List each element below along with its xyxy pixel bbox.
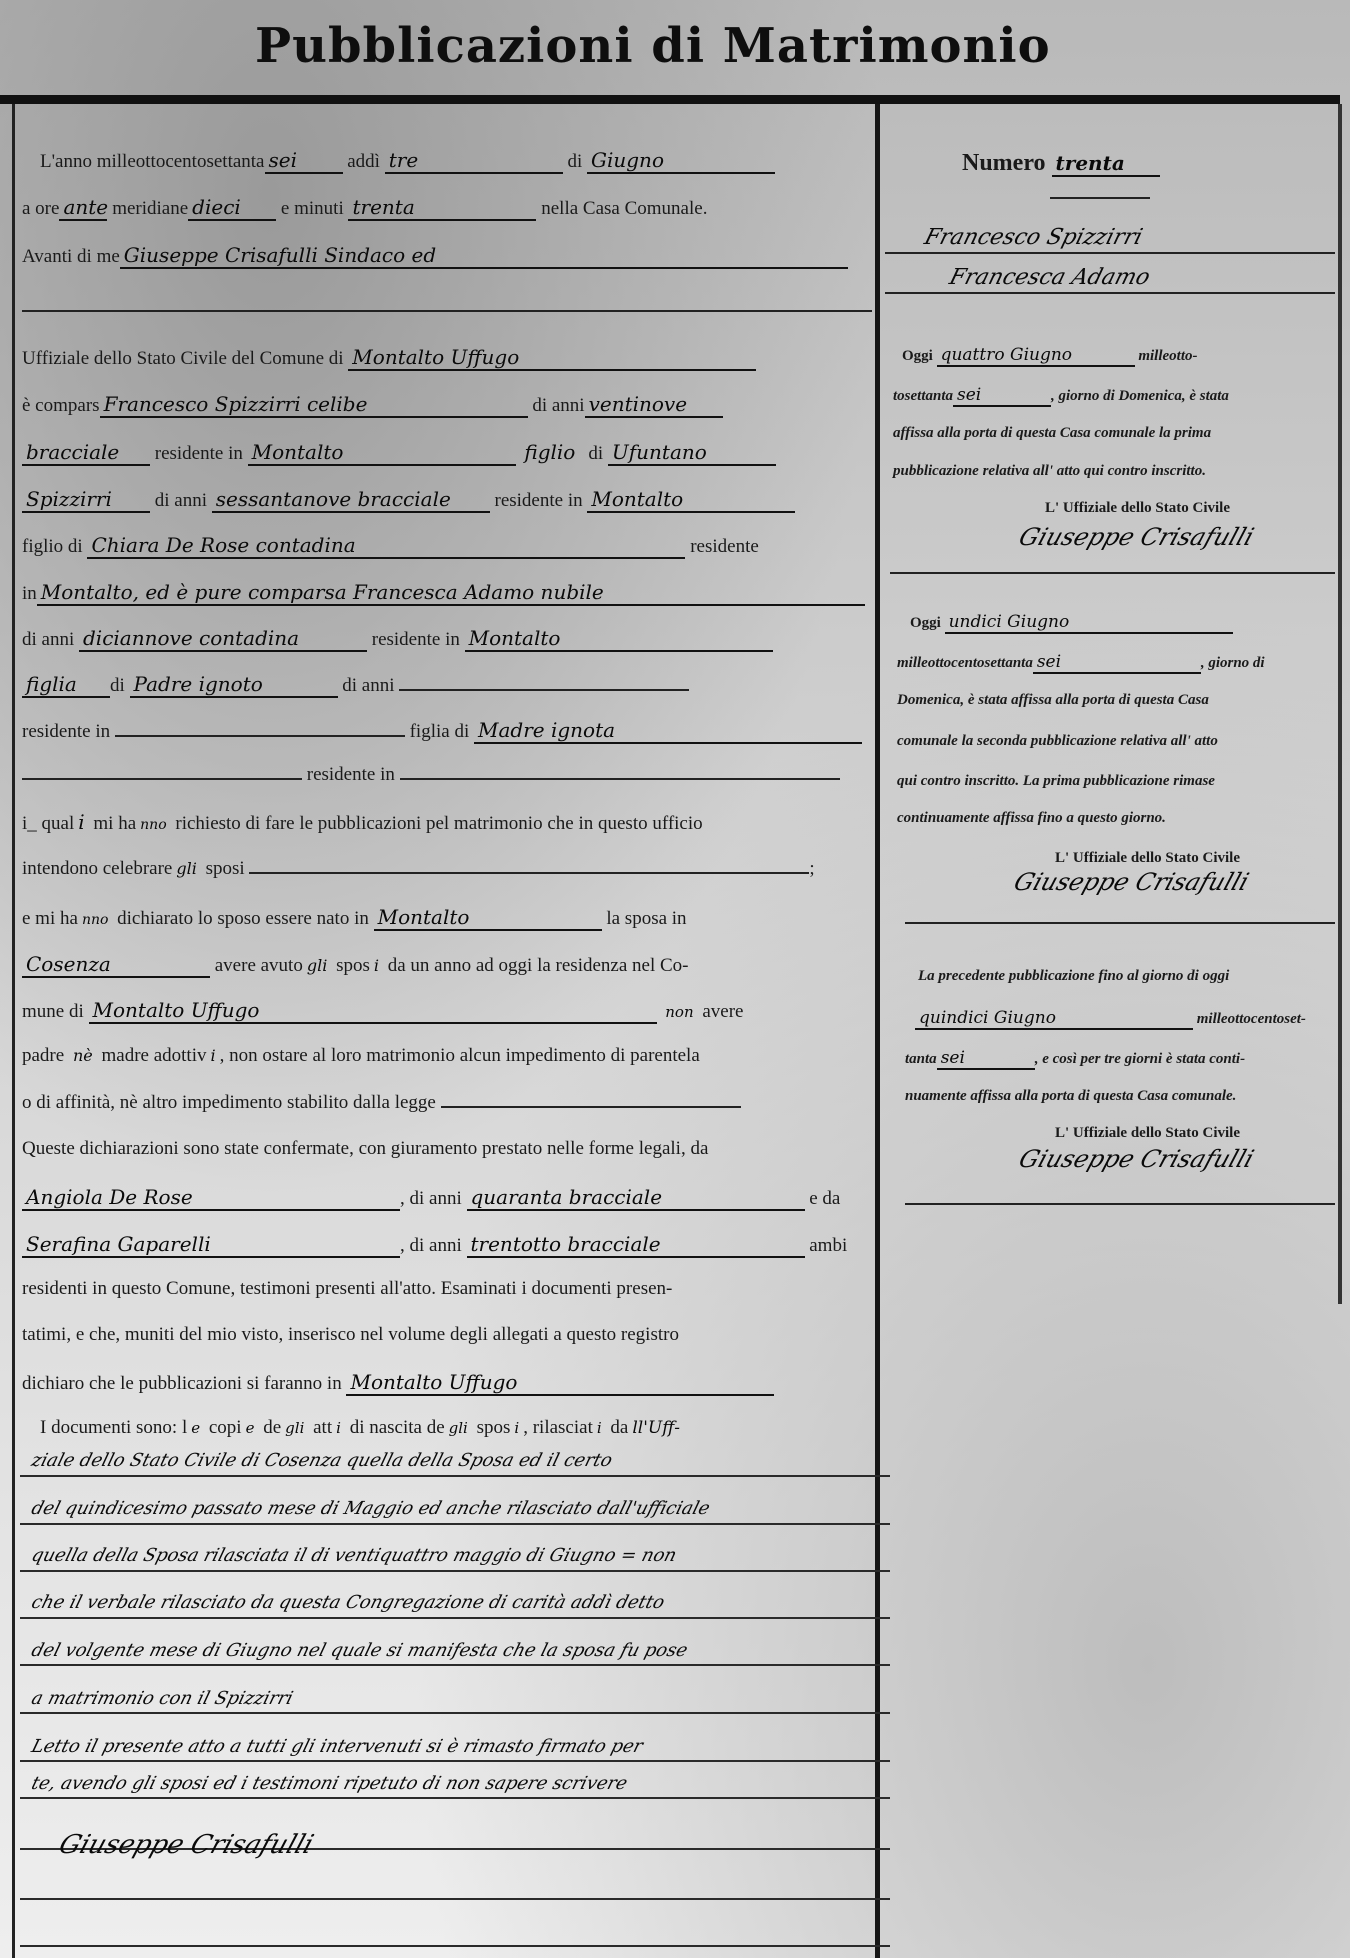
officer-signature: Giuseppe Crisafulli [1015, 523, 1257, 551]
handwritten-line: a matrimonio con il Spizzirri [29, 1688, 295, 1709]
handwritten-line: ziale dello Stato Civile di Cosenza quel… [29, 1450, 614, 1471]
line-bride-father: figliadi Padre ignoto di anni [22, 672, 689, 698]
groom-age-field: ventinove [585, 392, 723, 418]
rule [22, 310, 872, 312]
bride-name: Francesca Adamo [947, 265, 1153, 290]
handwritten-line: te, avendo gli sposi ed i testimoni ripe… [29, 1773, 630, 1794]
record-number: Numero trenta [962, 150, 1160, 177]
minutes-field: trenta [348, 195, 536, 221]
line-date: L'anno milleottocentosettantasei addì tr… [40, 148, 775, 174]
right-border [1338, 104, 1342, 1304]
line-celebrate: intendono celebraregli sposi ; [22, 858, 815, 880]
page-title: Pubblicazioni di Matrimonio [255, 18, 1051, 74]
officer-title: L' Uffiziale dello Stato Civile [1055, 850, 1240, 867]
witness-2-field: Serafina Gaparelli [22, 1232, 400, 1258]
line-time: a oreante meridianedieci e minuti trenta… [22, 195, 707, 221]
day-field: tre [385, 148, 563, 174]
top-rule [0, 95, 1340, 104]
line-documents: tatimi, e che, muniti del mio visto, ins… [22, 1324, 679, 1346]
handwritten-line: del quindicesimo passato mese di Maggio … [29, 1498, 712, 1519]
line-residents: residenti in questo Comune, testimoni pr… [22, 1278, 672, 1300]
column-divider [875, 104, 880, 1958]
line-publication-place: dichiaro che le pubblicazioni si faranno… [22, 1370, 774, 1396]
year-field: sei [265, 148, 343, 174]
line-mother: figlio di Chiara De Rose contadina resid… [22, 533, 759, 559]
line-request: i_ quali mi hanno richiesto di fare le p… [22, 810, 703, 835]
officiant-field: Giuseppe Crisafulli Sindaco ed [120, 243, 848, 269]
line-residence: Cosenza avere avutogli sposi da un anno … [22, 952, 688, 978]
line-groom-res: bracciale residente in Montalto figliodi… [22, 440, 776, 466]
line-oath: Queste dichiarazioni sono state conferma… [22, 1138, 708, 1160]
record-number-field: trenta [1052, 151, 1160, 177]
left-border [12, 104, 15, 1958]
line-bride: inMontalto, ed è pure comparsa Francesca… [22, 580, 865, 606]
groom-name: Francesco Spizzirri [922, 225, 1145, 250]
line-father: Spizzirri di anni sessantanove bracciale… [22, 487, 795, 513]
line-comune: Uffiziale dello Stato Civile del Comune … [22, 345, 756, 371]
handwritten-line: del volgente mese di Giugno nel quale si… [29, 1640, 690, 1661]
officer-signature: Giuseppe Crisafulli [1010, 868, 1252, 896]
line-witness-2: Serafina Gaparelli, di anni trentotto br… [22, 1232, 847, 1258]
hour-field: dieci [188, 195, 276, 221]
officer-signature: Giuseppe Crisafulli [1015, 1145, 1257, 1173]
line-affinity: o di affinità, nè altro impedimento stab… [22, 1092, 741, 1114]
line-impediment: padre nè madre adottivi, non ostare al l… [22, 1045, 700, 1067]
line-witness-1: Angiola De Rose, di anni quaranta bracci… [22, 1185, 840, 1211]
comune-field: Montalto Uffugo [348, 345, 756, 371]
handwritten-line: quella della Sposa rilasciata il di vent… [29, 1545, 679, 1566]
line-mother-res: residente in [22, 764, 840, 786]
line-documents-list: I documenti sono: le copie degli atti di… [40, 1417, 684, 1439]
line-bride-mother: residente in figlia di Madre ignota [22, 718, 862, 744]
handwritten-line: che il verbale rilasciato da questa Cong… [29, 1592, 667, 1613]
bride-field: Montalto, ed è pure comparsa Francesca A… [37, 580, 865, 606]
witness-1-field: Angiola De Rose [22, 1185, 400, 1211]
line-birthplace: e mi hanno dichiarato lo sposo essere na… [22, 905, 687, 931]
officer-title: L' Uffiziale dello Stato Civile [1055, 1125, 1240, 1142]
line-groom: è comparsFrancesco Spizzirri celibe di a… [22, 392, 723, 418]
officiant-signature: Giuseppe Crisafulli [55, 1830, 317, 1860]
line-bride-age: di anni diciannove contadina residente i… [22, 626, 773, 652]
handwritten-line: Letto il presente atto a tutti gli inter… [29, 1736, 645, 1757]
line-officiant: Avanti di meGiuseppe Crisafulli Sindaco … [22, 243, 848, 269]
month-field: Giugno [587, 148, 775, 174]
line-comune-res: mune di Montalto Uffugo non avere [22, 998, 744, 1024]
groom-field: Francesco Spizzirri celibe [100, 392, 528, 418]
officer-title: L' Uffiziale dello Stato Civile [1045, 500, 1230, 517]
